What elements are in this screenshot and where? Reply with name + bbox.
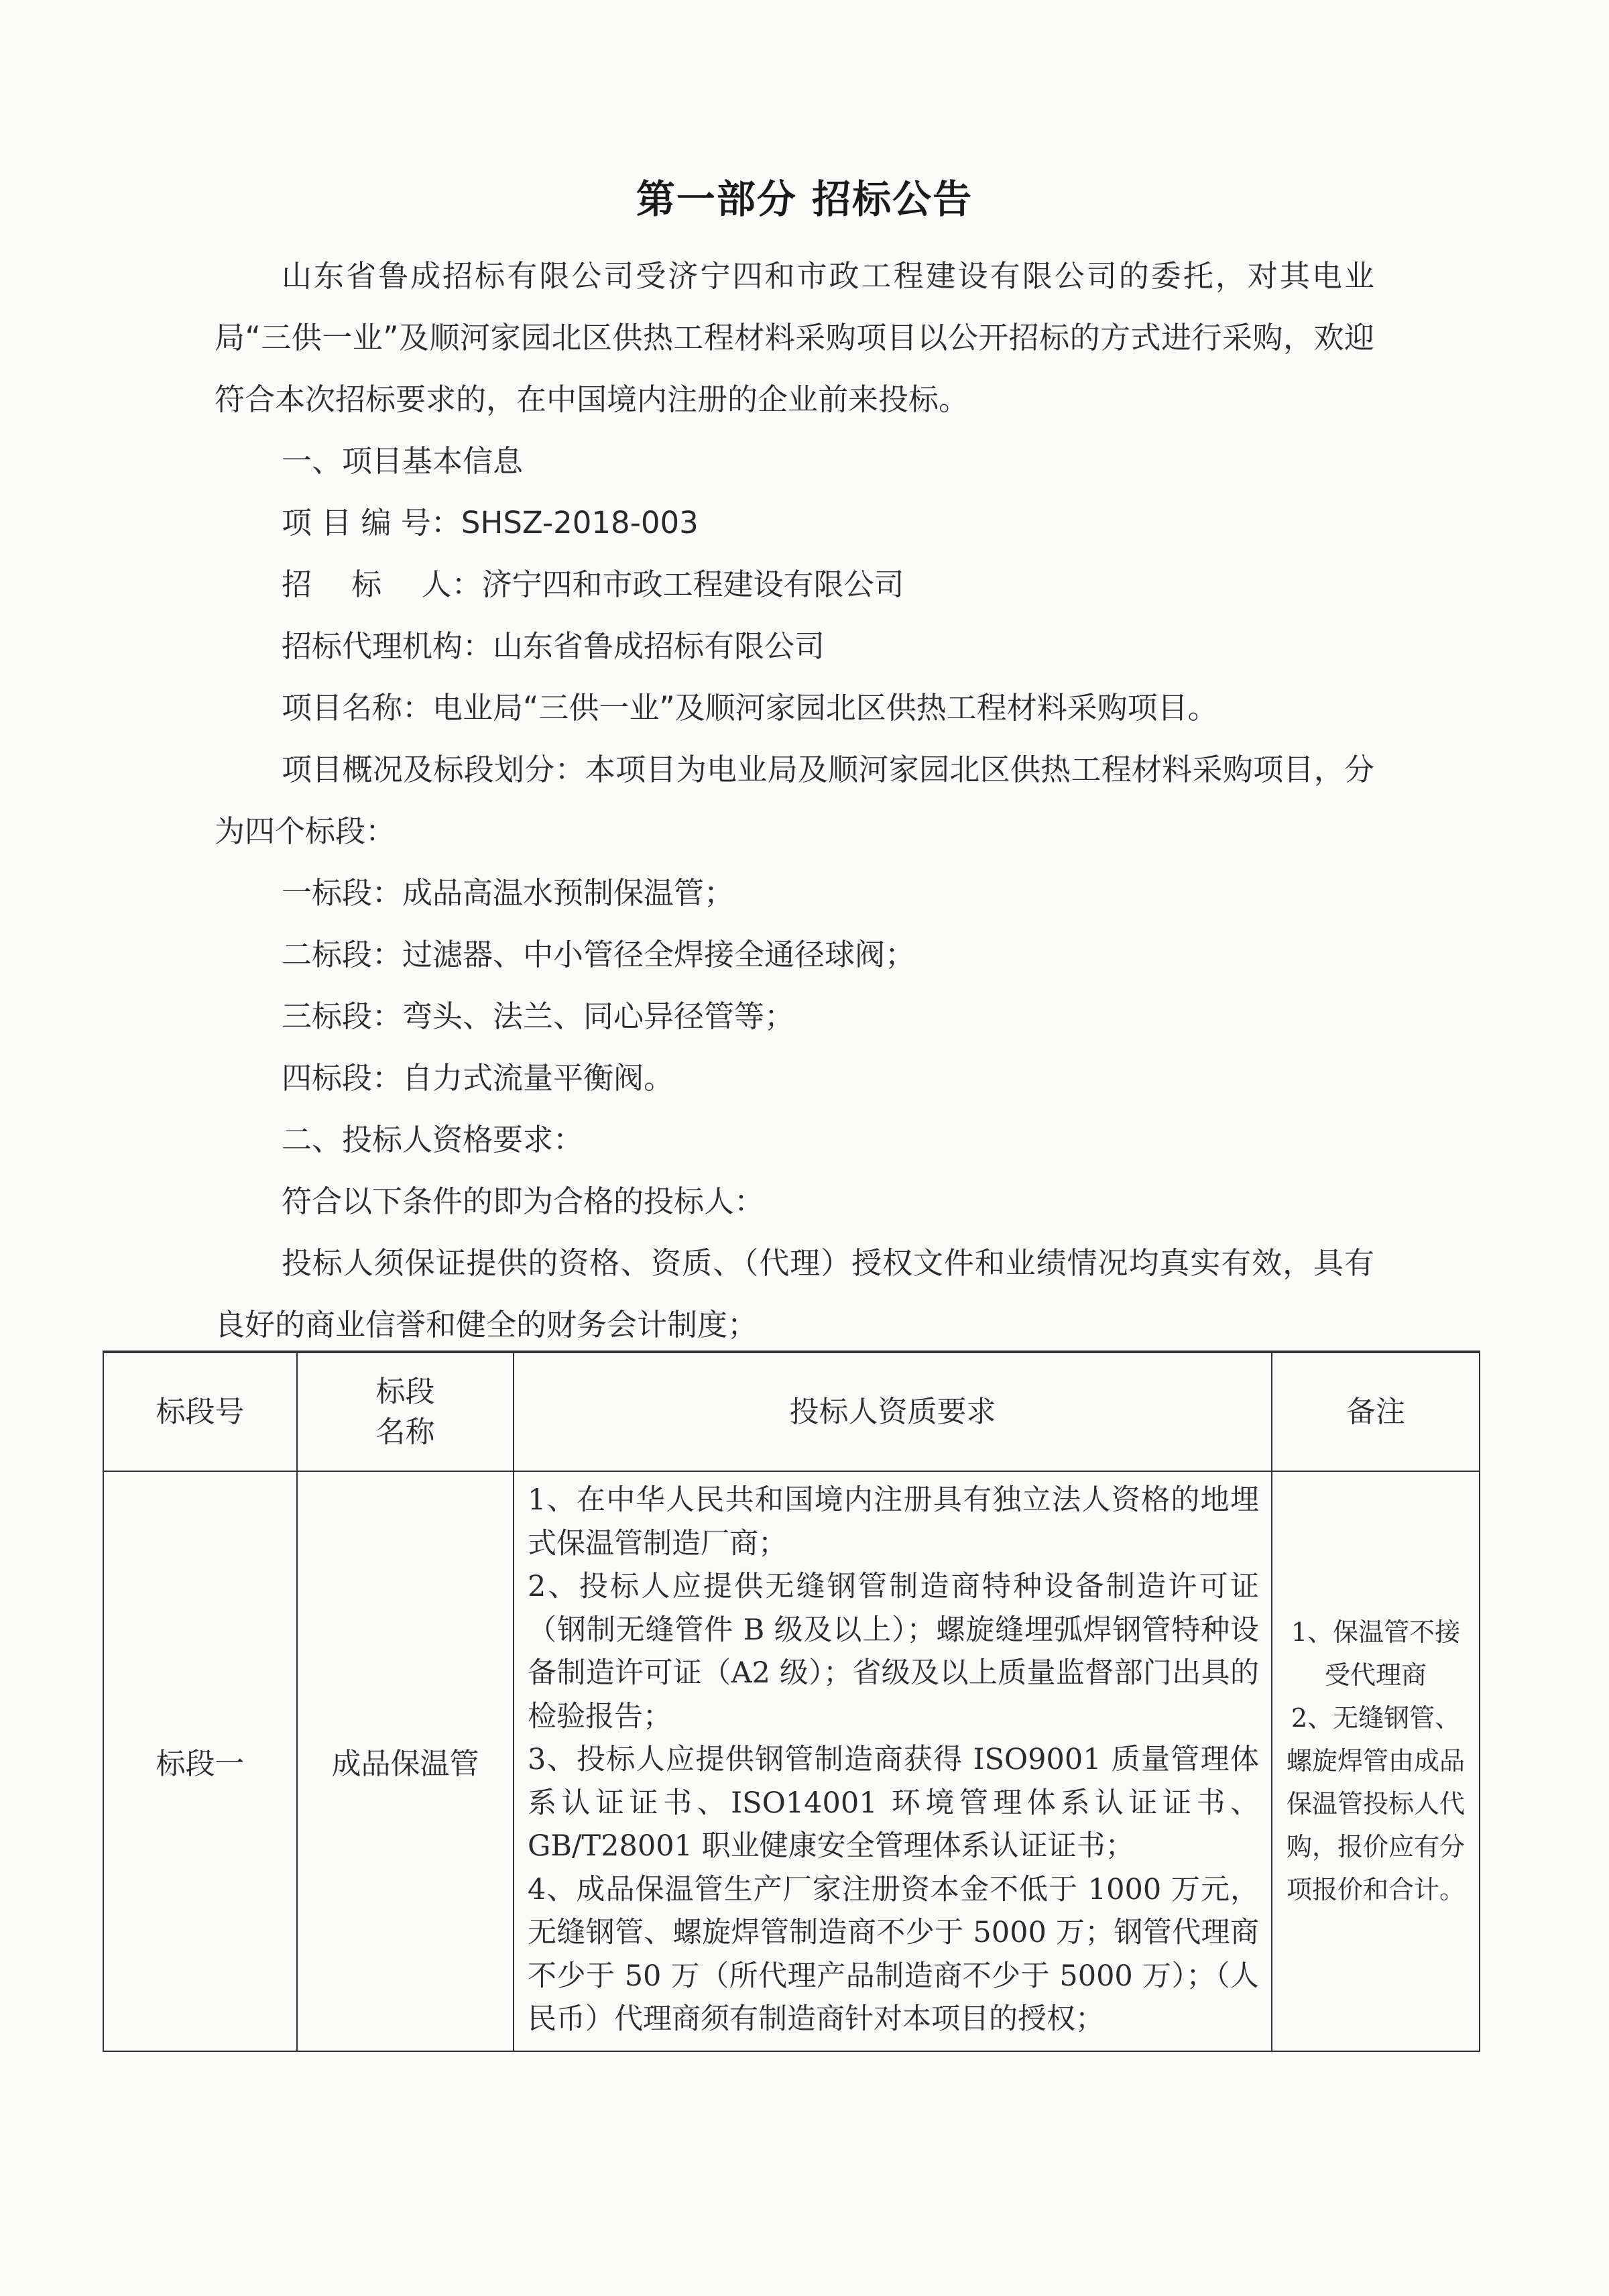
announcement-body: 山东省鲁成招标有限公司受济宁四和市政工程建设有限公司的委托，对其电业局“三供一业… [215, 245, 1374, 1356]
project-name-label: 项目名称： [282, 690, 432, 726]
project-overview: 项目概况及标段划分：本项目为电业局及顺河家园北区供热工程材料采购项目，分为四个标… [215, 739, 1374, 862]
lot-item: 二标段：过滤器、中小管径全焊接全通径球阀； [215, 924, 1374, 986]
agency-line: 招标代理机构：山东省鲁成招标有限公司 [215, 616, 1374, 677]
intro-paragraph: 山东省鲁成招标有限公司受济宁四和市政工程建设有限公司的委托，对其电业局“三供一业… [215, 245, 1374, 431]
section-heading-qualifications: 二、投标人资格要求： [215, 1109, 1374, 1171]
project-number-value: SHSZ-2018-003 [461, 505, 699, 540]
section-heading-basic-info: 一、项目基本信息 [215, 431, 1374, 492]
notes-cell: 1、保温管不接受代理商 2、无缝钢管、螺旋焊管由成品保温管投标人代购，报价应有分… [1272, 1471, 1480, 2051]
tenderer-value: 济宁四和市政工程建设有限公司 [482, 567, 904, 602]
header-lot-no: 标段号 [103, 1352, 297, 1471]
tenderer-line: 招 标 人：济宁四和市政工程建设有限公司 [215, 554, 1374, 616]
lot-item: 一标段：成品高温水预制保温管； [215, 862, 1374, 924]
qualification-guarantee: 投标人须保证提供的资格、资质、（代理）授权文件和业绩情况均真实有效，具有良好的商… [215, 1232, 1374, 1356]
agency-value: 山东省鲁成招标有限公司 [493, 628, 825, 664]
header-requirements: 投标人资质要求 [514, 1352, 1272, 1471]
tenderer-label: 招 标 人： [282, 567, 482, 602]
lot-no-cell: 标段一 [103, 1471, 297, 2051]
requirements-cell: 1、在中华人民共和国境内注册具有独立法人资格的地埋式保温管制造厂商； 2、投标人… [514, 1471, 1272, 2051]
qualification-condition: 符合以下条件的即为合格的投标人： [215, 1171, 1374, 1232]
header-lot-name-line1: 标段 [298, 1372, 512, 1412]
lot-name-cell: 成品保温管 [297, 1471, 514, 2051]
project-name-value: 电业局“三供一业”及顺河家园北区供热工程材料采购项目。 [432, 690, 1218, 726]
requirement-item: 3、投标人应提供钢管制造商获得 ISO9001 质量管理体系认证证书、ISO14… [528, 1738, 1259, 1868]
requirement-item: 2、投标人应提供无缝钢管制造商特种设备制造许可证（钢制无缝管件 B 级及以上）；… [528, 1565, 1259, 1738]
lot-item: 四标段：自力式流量平衡阀。 [215, 1047, 1374, 1109]
page-title: 第一部分 招标公告 [0, 168, 1609, 224]
qualification-table: 标段号 标段 名称 投标人资质要求 备注 标段一 成品保温管 1、在中华人民共和… [103, 1351, 1480, 2052]
project-name-line: 项目名称：电业局“三供一业”及顺河家园北区供热工程材料采购项目。 [215, 677, 1374, 739]
note-item: 2、无缝钢管、螺旋焊管由成品保温管投标人代购，报价应有分项报价和合计。 [1283, 1697, 1468, 1911]
requirement-item: 1、在中华人民共和国境内注册具有独立法人资格的地埋式保温管制造厂商； [528, 1479, 1259, 1565]
note-item: 1、保温管不接受代理商 [1283, 1611, 1468, 1697]
table-row: 标段一 成品保温管 1、在中华人民共和国境内注册具有独立法人资格的地埋式保温管制… [103, 1471, 1480, 2051]
project-number-label: 项 目 编 号： [282, 505, 461, 540]
agency-label: 招标代理机构： [282, 628, 493, 664]
table-header-row: 标段号 标段 名称 投标人资质要求 备注 [103, 1352, 1480, 1471]
header-lot-name: 标段 名称 [297, 1352, 514, 1471]
project-number-line: 项 目 编 号：SHSZ-2018-003 [215, 492, 1374, 554]
header-notes: 备注 [1272, 1352, 1480, 1471]
requirement-item: 4、成品保温管生产厂家注册资本金不低于 1000 万元，无缝钢管、螺旋焊管制造商… [528, 1868, 1259, 2041]
lot-item: 三标段：弯头、法兰、同心异径管等； [215, 986, 1374, 1047]
header-lot-name-line2: 名称 [298, 1412, 512, 1452]
